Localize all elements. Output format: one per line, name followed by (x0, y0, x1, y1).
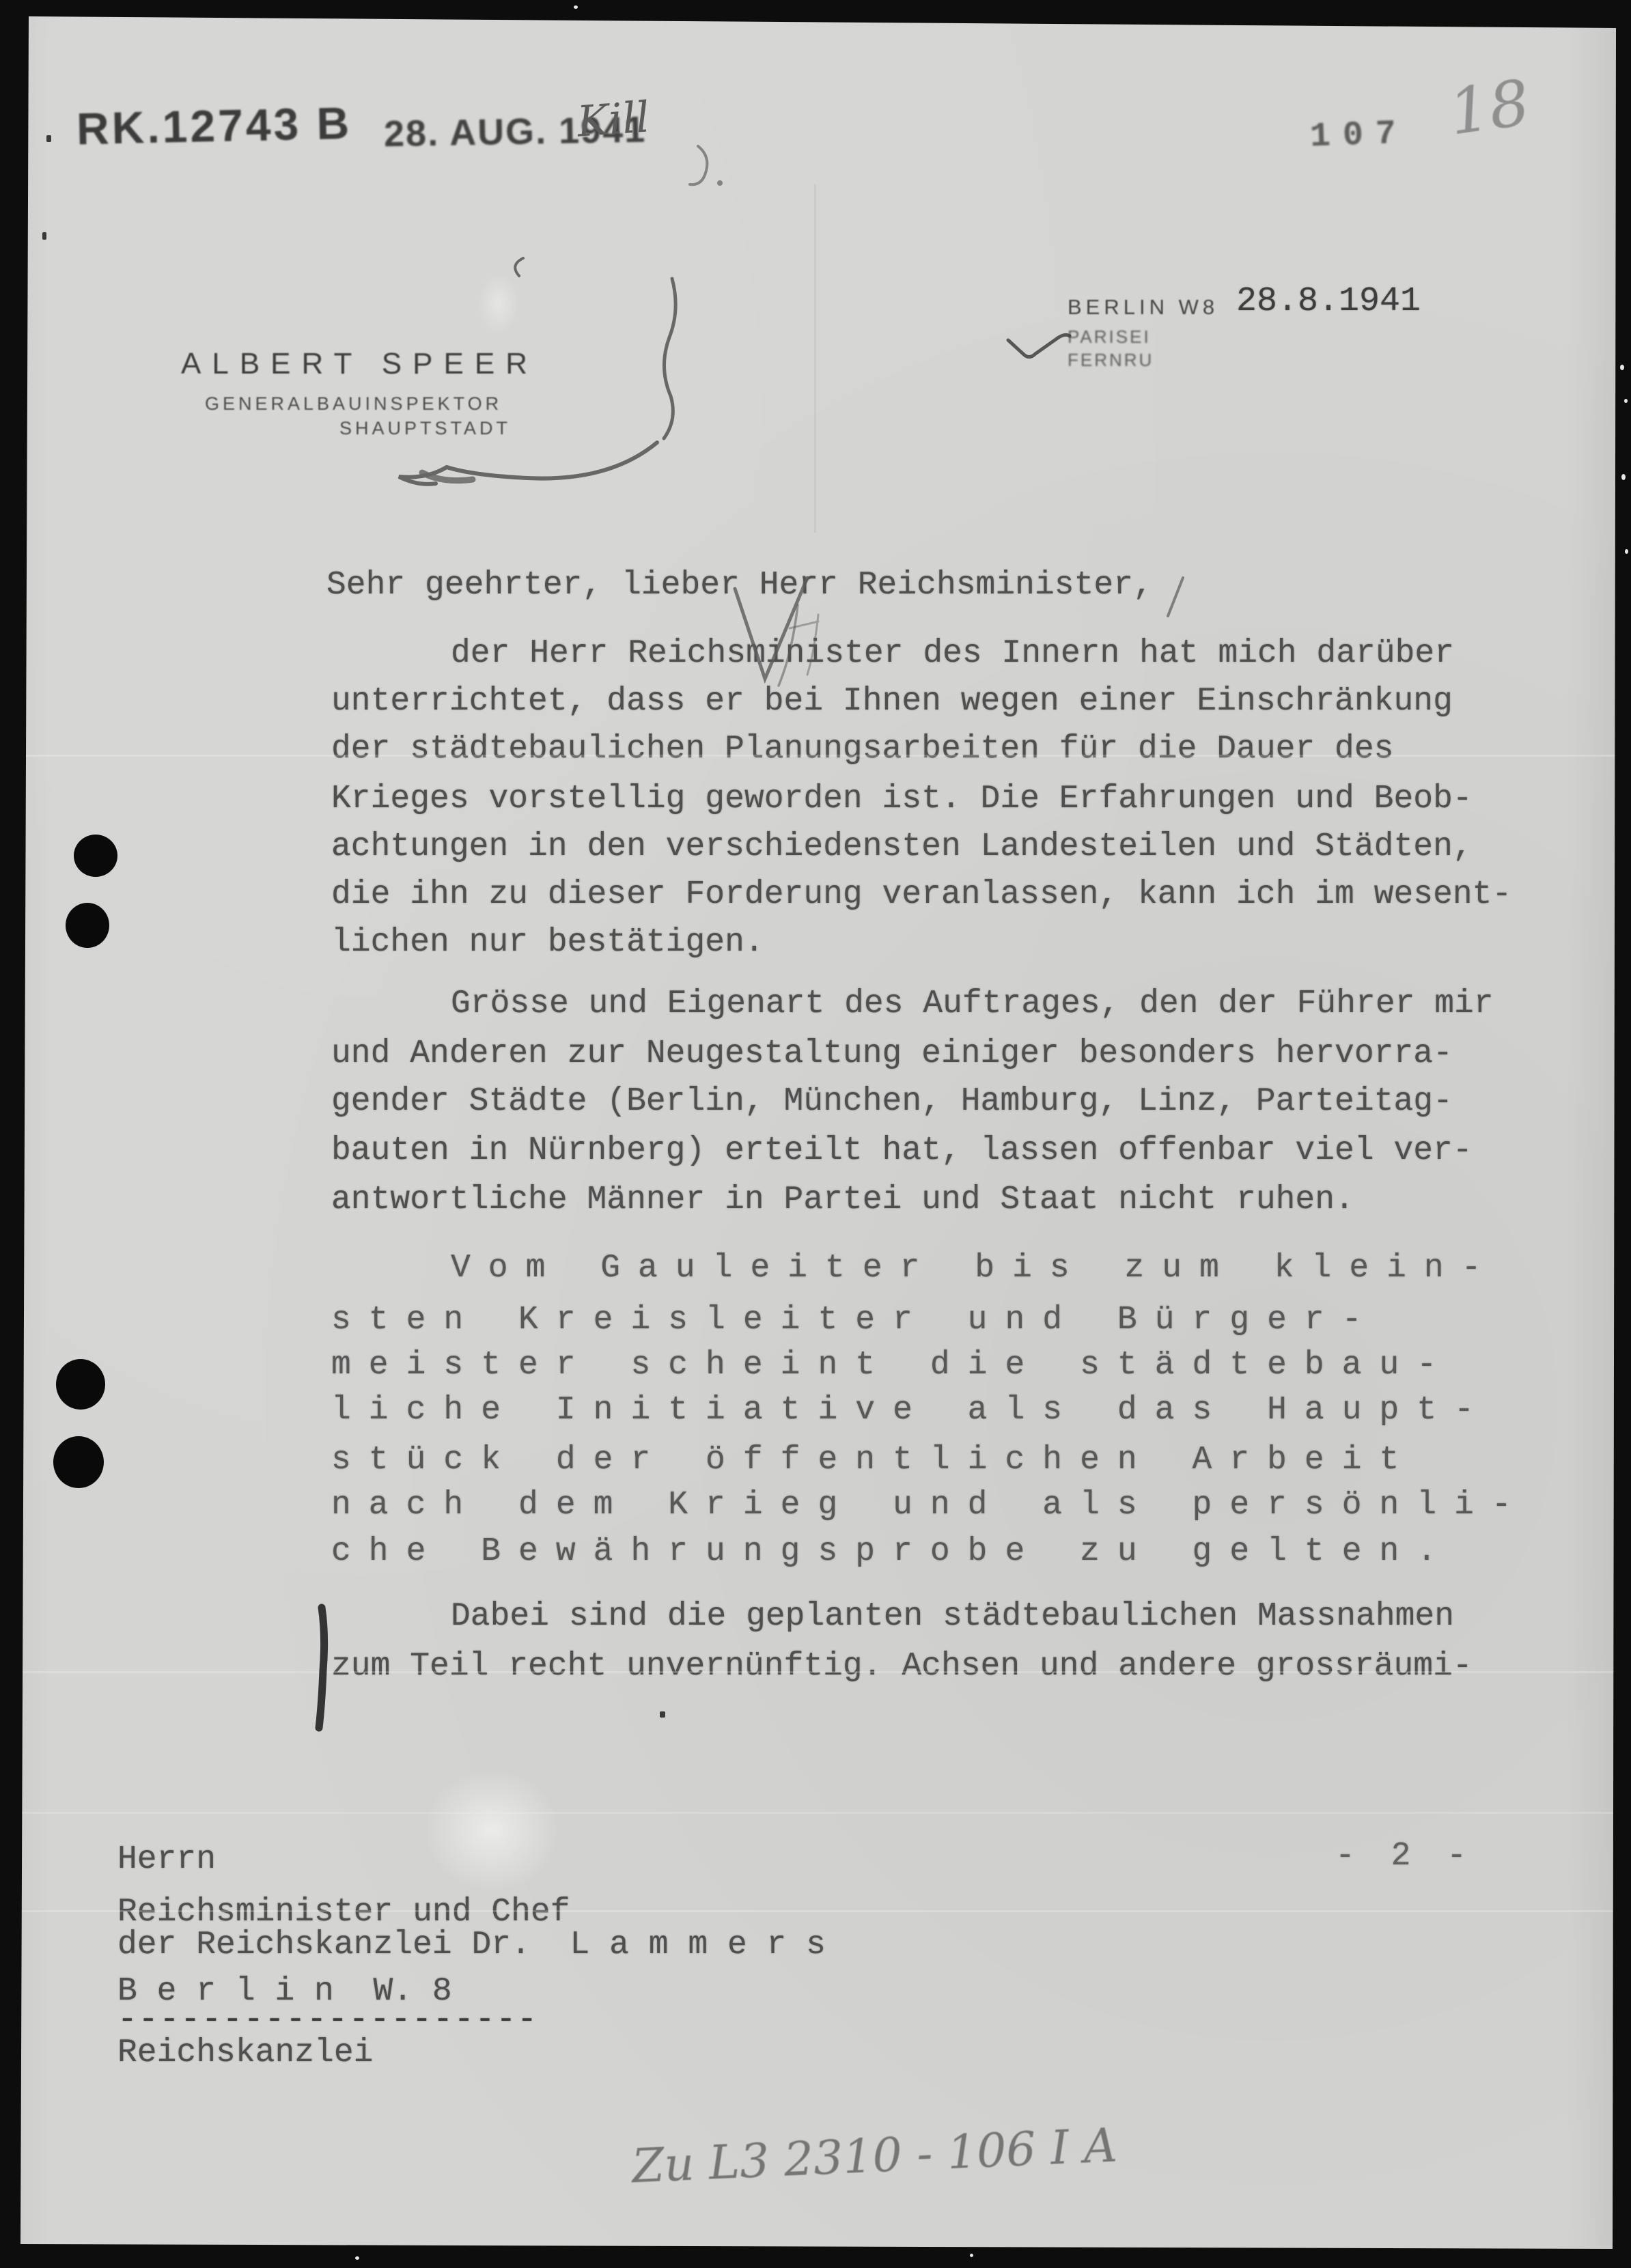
letterhead-flourish (399, 258, 675, 484)
handwriting-overlay (0, 0, 1631, 2268)
berlin-checkmark (1008, 335, 1070, 356)
stamp-flourish (690, 146, 723, 186)
scanned-letter-page: RK.12743 B 28. AUG. 1941 Kill 107 18 ALB… (0, 0, 1631, 2268)
margin-mark (319, 1608, 324, 1728)
salutation-strikethrough (735, 578, 1183, 686)
